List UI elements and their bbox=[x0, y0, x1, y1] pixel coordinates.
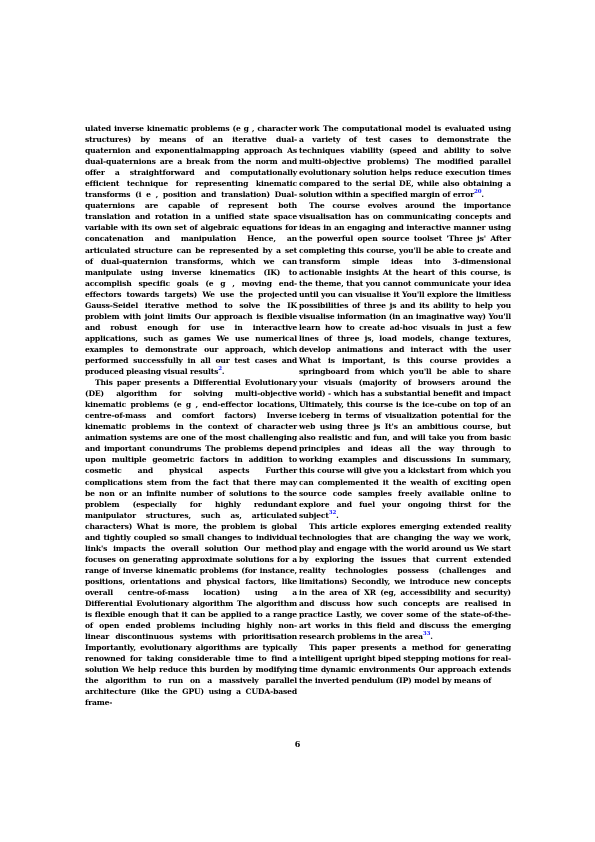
page-number: 6 bbox=[0, 739, 595, 749]
paragraph-text: This article explores emerging extended … bbox=[299, 522, 511, 641]
paragraph-text: This paper presents a method for generat… bbox=[299, 643, 511, 685]
citation-link[interactable]: 33 bbox=[423, 631, 430, 637]
right-column: work The computational model is evaluate… bbox=[299, 123, 511, 686]
paragraph-text: work The computational model is evaluate… bbox=[299, 124, 511, 199]
citation-link[interactable]: 20 bbox=[474, 189, 481, 195]
paragraph: This paper presents a Differential Evolu… bbox=[85, 377, 297, 708]
left-column: ulated inverse kinematic problems (e g ,… bbox=[85, 123, 297, 708]
paragraph: work The computational model is evaluate… bbox=[299, 123, 511, 200]
paragraph-text: The course evolves around the importance… bbox=[299, 201, 511, 519]
citation-link[interactable]: 2 bbox=[218, 366, 222, 372]
paragraph: The course evolves around the importance… bbox=[299, 200, 511, 520]
paragraph-text: This paper presents a Differential Evolu… bbox=[85, 378, 297, 707]
paragraph: This paper presents a method for generat… bbox=[299, 642, 511, 686]
citation-link[interactable]: 32 bbox=[329, 510, 336, 516]
paragraph: This article explores emerging extended … bbox=[299, 521, 511, 643]
paragraph: ulated inverse kinematic problems (e g ,… bbox=[85, 123, 297, 377]
paragraph-text: ulated inverse kinematic problems (e g ,… bbox=[85, 124, 297, 376]
